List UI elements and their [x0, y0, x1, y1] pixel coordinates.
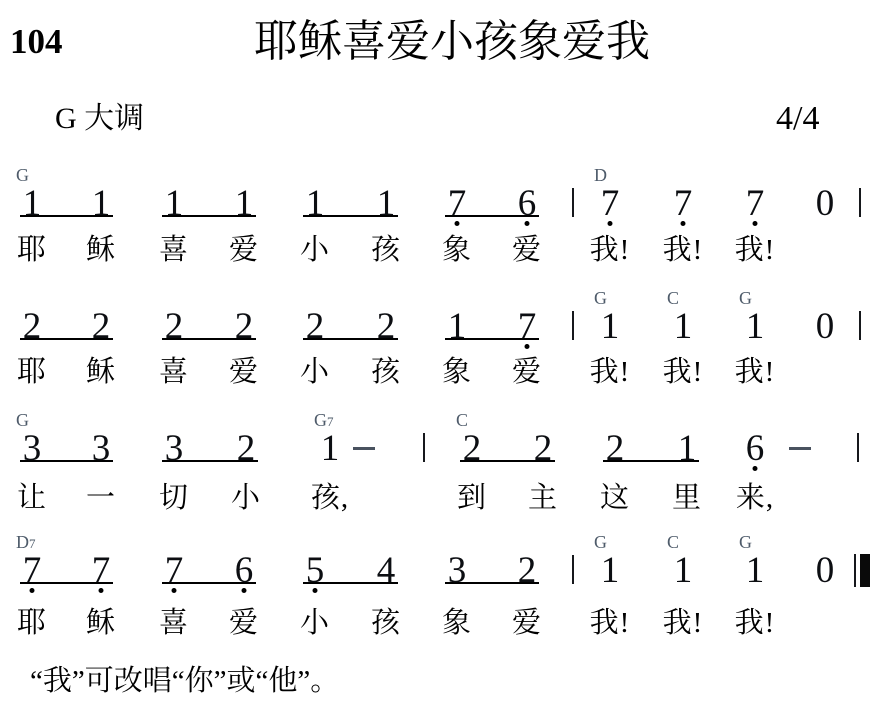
barline	[572, 555, 574, 584]
duration-dash	[353, 447, 375, 450]
low-octave-dot	[525, 344, 530, 349]
lyric-syllable: 主	[528, 483, 558, 513]
note-digit: 1	[321, 430, 340, 467]
note-digit: 2	[306, 308, 325, 345]
lyric-syllable: 小	[231, 483, 261, 513]
lyric-syllable: 小	[300, 357, 330, 387]
low-octave-dot	[99, 588, 104, 593]
song-title: 耶稣喜爱小孩象爱我	[254, 18, 650, 66]
lyric-syllable: 我!	[663, 235, 704, 265]
note-digit: 1	[165, 185, 184, 222]
note-digit: 7	[448, 185, 467, 222]
chord-label: D	[594, 166, 607, 184]
lyric-syllable: 里	[672, 483, 702, 513]
lyric-syllable: 喜	[159, 608, 189, 638]
note-digit: 6	[235, 552, 254, 589]
lyric-syllable: 孩,	[311, 483, 349, 513]
note-digit: 1	[448, 308, 467, 345]
hymn-sheet-page: 104 耶稣喜爱小孩象爱我 G 大调 4/4 1G耶1稣1喜1爱1小1孩7象6爱…	[0, 0, 894, 723]
lyric-syllable: 小	[300, 608, 330, 638]
note-digit: 1	[674, 308, 693, 345]
chord-label: G	[739, 533, 752, 551]
lyric-syllable: 我!	[735, 357, 776, 387]
lyric-syllable: 爱	[229, 357, 259, 387]
note-digit: 2	[606, 430, 625, 467]
lyric-syllable: 切	[159, 483, 189, 513]
note-digit: 1	[746, 308, 765, 345]
note-digit: 1	[746, 552, 765, 589]
footnote: “我”可改唱“你”或“他”。	[30, 664, 339, 698]
lyric-syllable: 我!	[735, 608, 776, 638]
note-digit: 1	[377, 185, 396, 222]
note-digit: 2	[235, 308, 254, 345]
chord-label: G7	[314, 411, 334, 431]
note-digit: 7	[601, 185, 620, 222]
chord-label: G	[16, 166, 29, 184]
lyric-syllable: 爱	[229, 608, 259, 638]
lyric-syllable: 爱	[512, 608, 542, 638]
chord-label: G	[594, 289, 607, 307]
note-digit: 3	[23, 430, 42, 467]
note-digit: 1	[235, 185, 254, 222]
key-signature: G 大调	[55, 103, 144, 135]
lyric-syllable: 耶	[17, 235, 47, 265]
lyric-syllable: 小	[300, 235, 330, 265]
note-digit: 5	[306, 552, 325, 589]
lyric-syllable: 我!	[590, 357, 631, 387]
lyric-syllable: 稣	[86, 608, 116, 638]
note-digit: 4	[377, 552, 396, 589]
note-digit: 1	[601, 552, 620, 589]
lyric-syllable: 象	[442, 235, 472, 265]
note-digit: 6	[518, 185, 537, 222]
barline	[859, 311, 861, 340]
lyric-syllable: 耶	[17, 357, 47, 387]
note-digit: 2	[534, 430, 553, 467]
lyric-syllable: 一	[86, 483, 116, 513]
barline	[423, 433, 425, 462]
note-digit: 2	[377, 308, 396, 345]
lyric-syllable: 耶	[17, 608, 47, 638]
duration-dash	[789, 447, 811, 450]
low-octave-dot	[525, 221, 530, 226]
barline	[572, 188, 574, 217]
note-digit: 1	[92, 185, 111, 222]
chord-label: C	[667, 289, 679, 307]
chord-label: G	[594, 533, 607, 551]
chord-label: G	[739, 289, 752, 307]
low-octave-dot	[753, 221, 758, 226]
note-digit: 0	[816, 185, 835, 222]
lyric-syllable: 我!	[590, 608, 631, 638]
low-octave-dot	[608, 221, 613, 226]
chord-subscript: 7	[29, 536, 36, 551]
note-digit: 1	[306, 185, 325, 222]
lyric-syllable: 我!	[735, 235, 776, 265]
chord-label: G	[16, 411, 29, 429]
note-digit: 0	[816, 308, 835, 345]
lyric-syllable: 我!	[663, 357, 704, 387]
barline	[859, 188, 861, 217]
lyric-syllable: 这	[600, 483, 630, 513]
barline	[857, 433, 859, 462]
note-digit: 1	[23, 185, 42, 222]
chord-label: C	[456, 411, 468, 429]
note-digit: 2	[92, 308, 111, 345]
final-barline-thick	[860, 554, 870, 587]
low-octave-dot	[455, 221, 460, 226]
note-digit: 0	[816, 552, 835, 589]
lyric-syllable: 孩	[371, 235, 401, 265]
lyric-syllable: 我!	[663, 608, 704, 638]
lyric-syllable: 喜	[159, 357, 189, 387]
lyric-syllable: 让	[17, 483, 47, 513]
note-digit: 1	[601, 308, 620, 345]
barline	[572, 311, 574, 340]
note-digit: 2	[23, 308, 42, 345]
low-octave-dot	[30, 588, 35, 593]
note-digit: 2	[165, 308, 184, 345]
lyric-syllable: 爱	[512, 235, 542, 265]
note-digit: 3	[165, 430, 184, 467]
note-digit: 7	[518, 308, 537, 345]
lyric-syllable: 爱	[512, 357, 542, 387]
lyric-syllable: 孩	[371, 357, 401, 387]
note-digit: 2	[463, 430, 482, 467]
note-digit: 7	[23, 552, 42, 589]
lyric-syllable: 象	[442, 357, 472, 387]
lyric-syllable: 来,	[736, 483, 774, 513]
song-number: 104	[10, 24, 63, 60]
note-digit: 7	[92, 552, 111, 589]
note-digit: 7	[165, 552, 184, 589]
final-barline-thin	[854, 554, 856, 587]
low-octave-dot	[753, 466, 758, 471]
note-digit: 7	[674, 185, 693, 222]
chord-subscript: 7	[327, 414, 334, 429]
note-digit: 6	[746, 430, 765, 467]
note-digit: 2	[237, 430, 256, 467]
lyric-syllable: 稣	[86, 235, 116, 265]
time-signature: 4/4	[776, 102, 819, 136]
note-digit: 1	[674, 552, 693, 589]
low-octave-dot	[313, 588, 318, 593]
lyric-syllable: 爱	[229, 235, 259, 265]
chord-label: C	[667, 533, 679, 551]
lyric-syllable: 喜	[159, 235, 189, 265]
note-digit: 2	[518, 552, 537, 589]
lyric-syllable: 稣	[86, 357, 116, 387]
low-octave-dot	[242, 588, 247, 593]
note-digit: 7	[746, 185, 765, 222]
low-octave-dot	[172, 588, 177, 593]
chord-label: D7	[16, 533, 36, 553]
lyric-syllable: 到	[457, 483, 487, 513]
note-digit: 3	[448, 552, 467, 589]
note-digit: 1	[678, 430, 697, 467]
lyric-syllable: 孩	[371, 608, 401, 638]
lyric-syllable: 我!	[590, 235, 631, 265]
lyric-syllable: 象	[442, 608, 472, 638]
note-digit: 3	[92, 430, 111, 467]
low-octave-dot	[681, 221, 686, 226]
